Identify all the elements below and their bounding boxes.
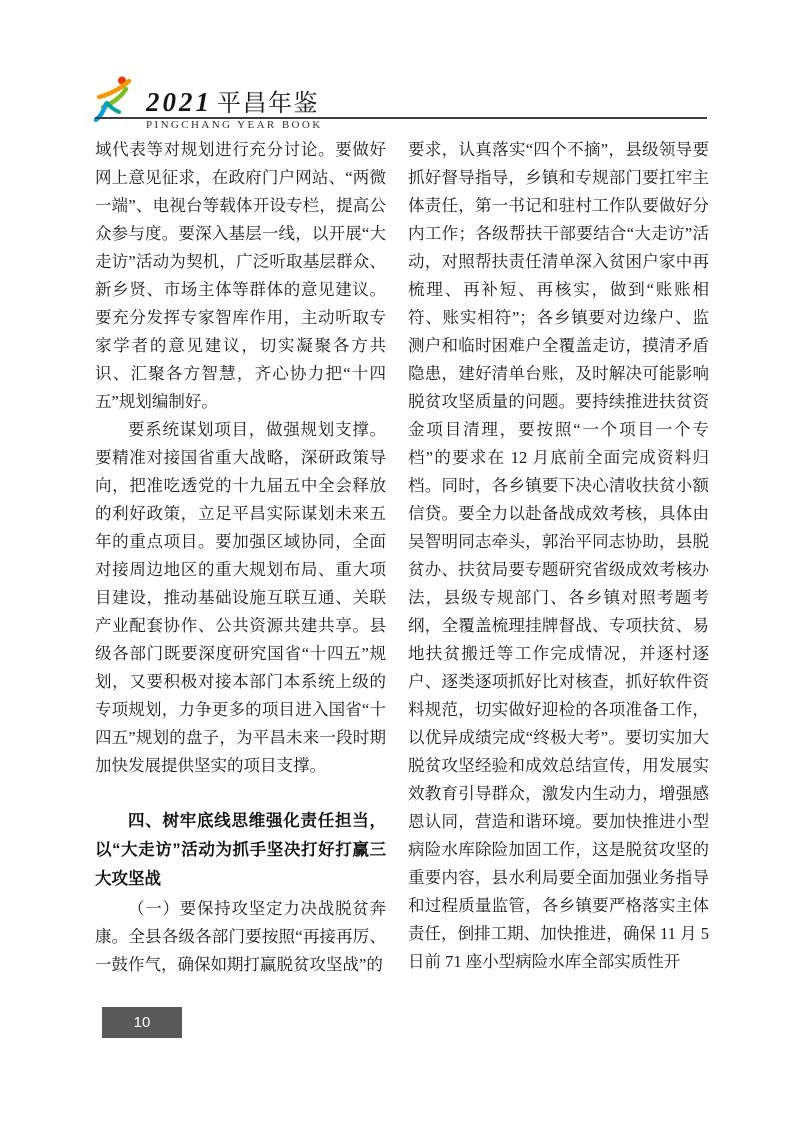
left-text-column: 域代表等对规划进行充分讨论。要做好网上意见征求，在政府门户网站、“两微一端”、电… [95,136,386,979]
right-text-column: 要求，认真落实“四个不摘”，县级领导要抓好督导指导，乡镇和专规部门要扛牢主体责任… [408,136,709,979]
page-number: 10 [134,1014,151,1031]
page-header: 2021 平昌年鉴 PINGCHANG YEAR BOOK [93,74,323,131]
yearbook-subtitle-english: PINGCHANG YEAR BOOK [146,119,323,131]
yearbook-title-chinese: 平昌年鉴 [217,83,319,118]
yearbook-title-block: 2021 平昌年鉴 PINGCHANG YEAR BOOK [146,74,323,131]
yearbook-title: 2021 平昌年鉴 [146,83,323,118]
body-paragraph: （一）要保持攻坚定力决战脱贫奔康。全县各级各部门要按照“再接再厉、一鼓作气，确保… [95,895,386,979]
yearbook-logo-icon [93,74,137,122]
section-heading: 四、树牢底线思维强化责任担当，以“大走访”活动为抓手坚决打好打赢三大攻坚战 [95,807,386,894]
body-paragraph: 要求，认真落实“四个不摘”，县级领导要抓好督导指导，乡镇和专规部门要扛牢主体责任… [408,136,709,976]
body-paragraph: 要系统谋划项目，做强规划支撑。要精准对接国省重大战略，深研政策导向，把准吃透党的… [95,416,386,780]
page-number-badge: 10 [102,1007,182,1038]
page-body: 域代表等对规划进行充分讨论。要做好网上意见征求，在政府门户网站、“两微一端”、电… [95,136,709,979]
yearbook-year: 2021 [146,87,212,118]
body-paragraph: 域代表等对规划进行充分讨论。要做好网上意见征求，在政府门户网站、“两微一端”、电… [95,136,386,416]
yearbook-page: 2021 平昌年鉴 PINGCHANG YEAR BOOK 域代表等对规划进行充… [0,0,793,1122]
header-divider-line [95,117,707,119]
